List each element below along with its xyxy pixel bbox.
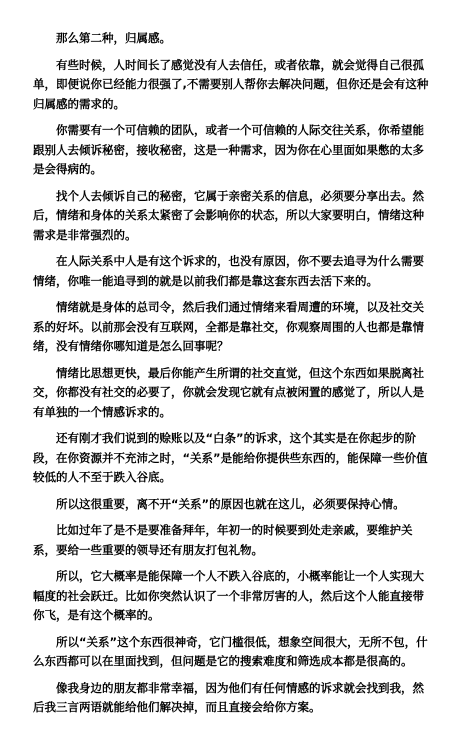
paragraph: 所以，它大概率是能保障一个人不跌入谷底的，小概率能让一个人实现大幅度的社会跃迁。… [33,567,431,626]
document-body: 那么第二种，归属感。 有些时候，人时间长了感觉没有人去信任，或者依靠，就会觉得自… [33,29,431,718]
paragraph: 那么第二种，归属感。 [33,29,431,49]
document-page: 那么第二种，归属感。 有些时候，人时间长了感觉没有人去信任，或者依靠，就会觉得自… [0,0,467,734]
paragraph: 所以“关系”这个东西很神奇，它门槛很低，想象空间很大，无所不包，什么东西都可以在… [33,633,431,672]
paragraph: 有些时候，人时间长了感觉没有人去信任，或者依靠，就会觉得自己很孤单，即便说你已经… [33,56,431,115]
paragraph: 你需要有一个可信赖的团队，或者一个可信赖的人际交往关系，你希望能跟别人去倾诉秘密… [33,121,431,180]
paragraph: 还有刚才我们说到的赊账以及“白条”的诉求，这个其实是在你起步的阶段，在你资源并不… [33,429,431,488]
paragraph: 所以这很重要，离不开“关系”的原因也就在这儿，必须要保持心情。 [33,495,431,515]
paragraph: 像我身边的朋友都非常幸福，因为他们有任何情感的诉求就会找到我，然后我三言两语就能… [33,679,431,718]
paragraph: 比如过年了是不是要准备拜年，年初一的时候要到处走亲戚，要维护关系，要给一些重要的… [33,521,431,560]
paragraph: 在人际关系中人是有这个诉求的，也没有原因，你不要去追寻为什么需要情绪，你唯一能追… [33,252,431,291]
paragraph: 找个人去倾诉自己的秘密，它属于亲密关系的信息，必须要分享出去。然后，情绪和身体的… [33,187,431,246]
paragraph: 情绪比思想更快，最后你能产生所谓的社交直觉，但这个东西如果脱离社交，你都没有社交… [33,364,431,423]
paragraph: 情绪就是身体的总司令，然后我们通过情绪来看周遭的环境，以及社交关系的好坏。以前那… [33,298,431,357]
